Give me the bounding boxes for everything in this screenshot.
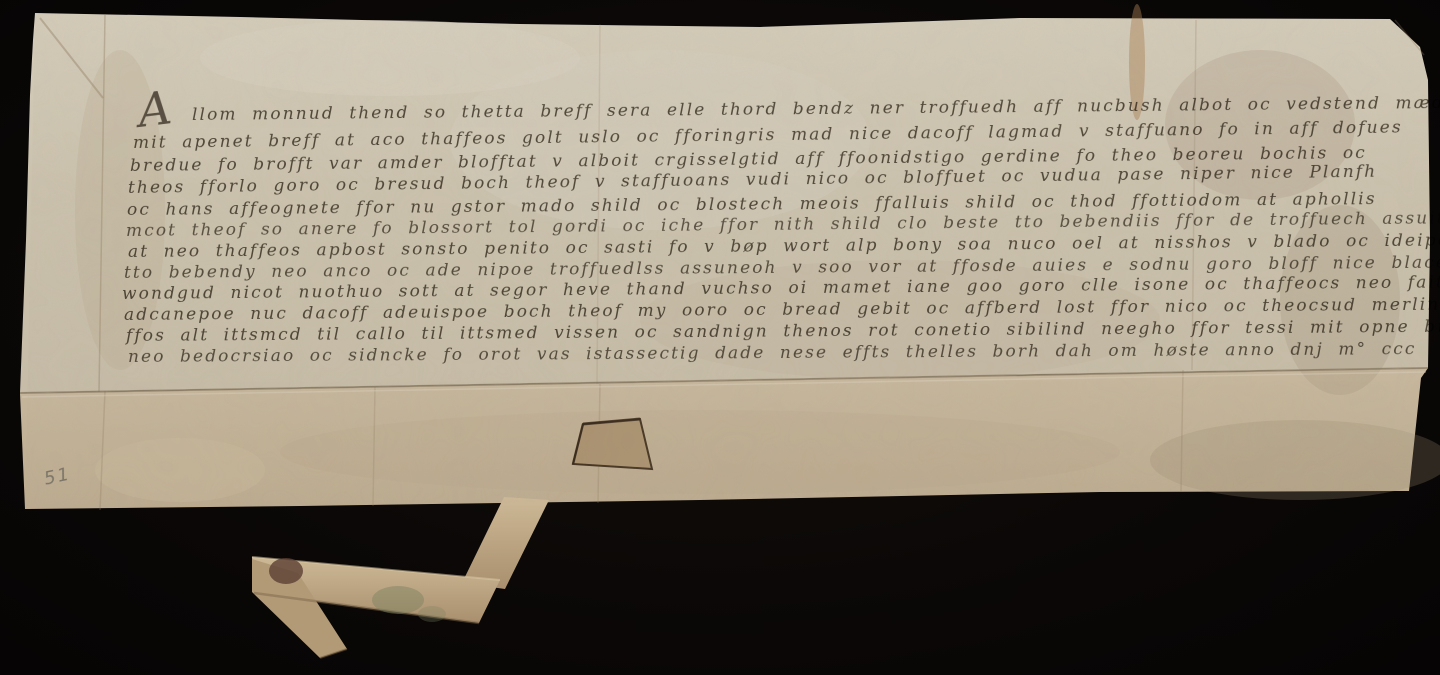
charter-photo: A llom monnud thend so thetta breff sera… — [0, 0, 1440, 675]
parchment-artwork — [0, 0, 1440, 675]
parchment-texture — [0, 0, 1440, 520]
tag-dark-spot — [269, 558, 303, 584]
seal-tag — [252, 497, 549, 658]
tag-green-stain — [372, 586, 424, 614]
